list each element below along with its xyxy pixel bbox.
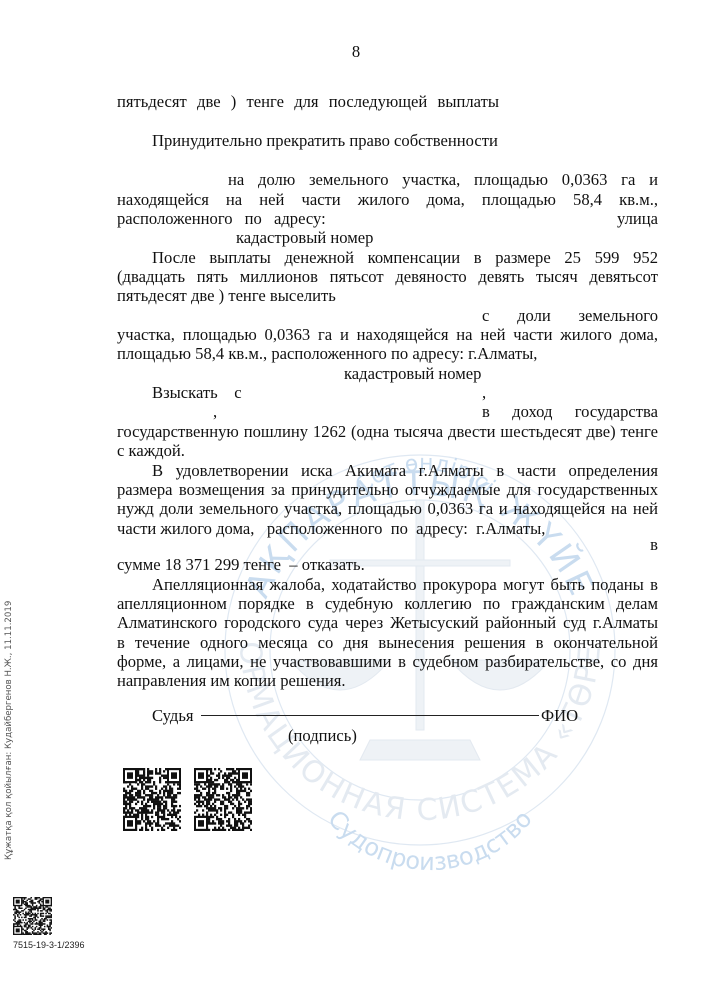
signature-role-label: Судья: [152, 706, 194, 726]
text-line: находящейся на ней части жилого дома, пл…: [117, 190, 658, 210]
text-line: ,: [482, 383, 486, 403]
text-line: в доход государства: [482, 402, 658, 422]
text-line: с каждой.: [117, 441, 185, 461]
text-line: в течение одного месяца со дня вынесения…: [117, 633, 658, 653]
text-line: в: [650, 535, 658, 555]
text-line: апелляционном порядке в судебную коллеги…: [117, 594, 658, 614]
signature-caption: (подпись): [288, 726, 357, 746]
text-line: Апелляционная жалоба, ходатайство прокур…: [152, 575, 658, 595]
text-line: направления им копии решения.: [117, 671, 346, 691]
page-number: 8: [0, 42, 712, 62]
text-line: (двадцать пять миллионов пятьсот девянос…: [117, 267, 658, 287]
qr-code-icon: [13, 897, 52, 935]
text-line: расположенного по адресу:: [117, 209, 326, 229]
text-line: ,: [213, 402, 217, 422]
text-line: нужд доли земельного участка, площадью 0…: [117, 499, 658, 519]
registration-number: 7515-19-3-1/2396: [13, 940, 85, 950]
text-line: участка, площадью 0,0363 га и находящейс…: [117, 325, 658, 345]
text-line: Взыскать с: [152, 383, 242, 403]
text-line: кадастровый номер: [344, 364, 481, 384]
text-line: Алматинского городского суда через Жетыс…: [117, 613, 658, 633]
text-line: После выплаты денежной компенсации в раз…: [152, 248, 658, 268]
text-line: на долю земельного участка, площадью 0,0…: [228, 170, 658, 190]
text-line: кадастровый номер: [236, 228, 373, 248]
qr-code-icon: [194, 768, 252, 831]
qr-code-icon: [123, 768, 181, 831]
document-page: АҚПАРАТТЫҚ ЖҮЙЕ Сот өндірісі Судопроизво…: [0, 0, 712, 1002]
signature-name: ФИО: [541, 706, 578, 726]
text-line: площадью 58,4 кв.м., расположенного по а…: [117, 344, 537, 364]
text-line: части жилого дома, расположенного по адр…: [117, 519, 545, 539]
text-line: Принудительно прекратить право собственн…: [152, 131, 498, 151]
text-line: с доли земельного: [482, 306, 658, 326]
text-line: улица: [617, 209, 658, 229]
signature-line: [201, 714, 539, 716]
text-line: сумме 18 371 299 тенге – отказать.: [117, 555, 365, 575]
svg-text:Судопроизводство: Судопроизводство: [322, 805, 537, 876]
text-line: пятьдесят две ) тенге для последующей вы…: [117, 92, 499, 112]
text-line: пятьдесят две ) тенге выселить: [117, 286, 336, 306]
signature-stamp: Құжатқа қол қойылған: Кудайбергенов Н.Ж.…: [4, 601, 14, 860]
text-line: В удовлетворении иска Акимата г.Алматы в…: [152, 461, 658, 481]
text-line: форме, а лицами, не участвовавшими в суд…: [117, 652, 658, 672]
text-line: размера возмещения за принудительно отчу…: [117, 480, 658, 500]
text-line: государственную пошлину 1262 (одна тысяч…: [117, 422, 658, 442]
